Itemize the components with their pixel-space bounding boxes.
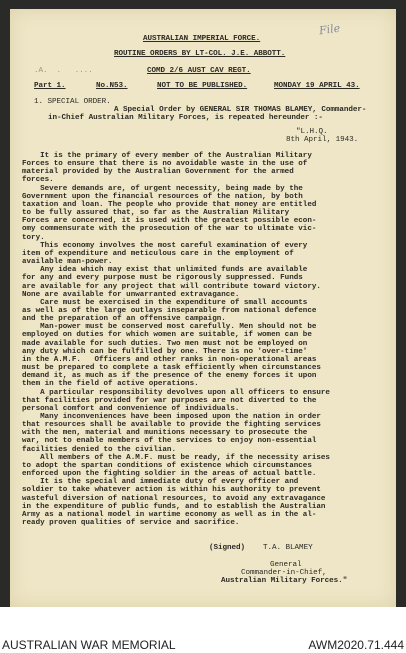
body-line: material provided by the Australian Gove… xyxy=(22,168,382,176)
body-line: tory. xyxy=(22,234,382,242)
body-line: must be prepared to complete a task effi… xyxy=(22,364,382,372)
body-line: A particular responsibility devolves upo… xyxy=(22,389,382,397)
body-line: available man-power. xyxy=(22,258,382,266)
body-line: taxation and loan. The people who provid… xyxy=(22,201,382,209)
document-subtitle: ROUTINE ORDERS BY LT-COL. J.E. ABBOTT. xyxy=(114,50,285,58)
body-line: are available for any project that will … xyxy=(22,283,382,291)
body-line: to adopt the spartan conditions of exist… xyxy=(22,462,382,470)
accession-number: AWM2020.71.444 xyxy=(308,638,404,652)
body-line: Army as a national model in wartime econ… xyxy=(22,511,382,519)
body-line: as well as of the large outlays insepara… xyxy=(22,307,382,315)
body-line: Many inconveniences have been imposed up… xyxy=(22,413,382,421)
institution-label: AUSTRALIAN WAR MEMORIAL xyxy=(2,638,176,652)
body-line: in the expenditure of public funds, and … xyxy=(22,503,382,511)
body-line: Any idea which may exist that unlimited … xyxy=(22,266,382,274)
body-line: that resources shall be available to pro… xyxy=(22,421,382,429)
hq-line: "L.H.Q. xyxy=(296,128,328,136)
body-line: and the preparation of an offensive camp… xyxy=(22,315,382,323)
body-line: Forces are concerned, it is used with th… xyxy=(22,217,382,225)
body-line: with the men, material and munitions nec… xyxy=(22,429,382,437)
body-line: ready proven qualities of service and sa… xyxy=(22,519,382,527)
section-heading: 1. SPECIAL ORDER. xyxy=(34,98,111,106)
signatory-title: Commander-in-Chief, xyxy=(241,569,327,577)
signed-label: (Signed) xyxy=(209,544,245,552)
body-line: Care must be exercised in the expenditur… xyxy=(22,299,382,307)
obscured-text: .A. . .... xyxy=(34,67,93,75)
body-line: demand it, as much as if the presence of… xyxy=(22,372,382,380)
body-line: in the A.M.F. Officers and other ranks i… xyxy=(22,356,382,364)
hq-date: 8th April, 1943. xyxy=(286,136,358,144)
body-line: made available for such duties. Two men … xyxy=(22,340,382,348)
part-number: Part 1. xyxy=(34,82,66,90)
body-line: All members of the A.M.F. must be ready,… xyxy=(22,454,382,462)
body-line: to be fully assured that, so far as the … xyxy=(22,209,382,217)
body-line: for any and every purpose must be rigoro… xyxy=(22,274,382,282)
body-line: enforced upon the fighting soldier in th… xyxy=(22,470,382,478)
body-line: It is the special and immediate duty of … xyxy=(22,478,382,486)
order-number: No.N53. xyxy=(96,82,128,90)
body-line: facilities denied to the civilian. xyxy=(22,446,382,454)
body-line: wasteful diversion of national resources… xyxy=(22,495,382,503)
command-line: COMD 2/6 AUST CAV REGT. xyxy=(147,67,251,75)
archive-footer: AUSTRALIAN WAR MEMORIAL AWM2020.71.444 xyxy=(0,607,406,653)
body-line: This economy involves the most careful e… xyxy=(22,242,382,250)
body-line: any duty which can be fulfilled by one. … xyxy=(22,348,382,356)
body-line: them in the field of active operations. xyxy=(22,380,382,388)
order-body: It is the primary of every member of the… xyxy=(22,152,382,527)
body-line: None are available for unwarranted extra… xyxy=(22,291,382,299)
body-line: that facilities provided for war purpose… xyxy=(22,397,382,405)
body-line: item of expenditure and meticulous care … xyxy=(22,250,382,258)
body-line: omy commensurate with the prosecution of… xyxy=(22,225,382,233)
body-line: war, not to enable members of the servic… xyxy=(22,437,382,445)
restriction-label: NOT TO BE PUBLISHED. xyxy=(157,82,247,90)
document-title: AUSTRALIAN IMPERIAL FORCE. xyxy=(143,35,260,43)
order-date: MONDAY 19 APRIL 43. xyxy=(274,82,360,90)
body-line: Man-power must be conserved most careful… xyxy=(22,323,382,331)
body-line: Government upon the financial resources … xyxy=(22,193,382,201)
body-line: It is the primary of every member of the… xyxy=(22,152,382,160)
signatory-organisation: Australian Military Forces." xyxy=(221,577,347,585)
body-line: employed on duties for which women are s… xyxy=(22,331,382,339)
body-line: Forces to ensure that there is no avoida… xyxy=(22,160,382,168)
body-line: Severe demands are, of urgent necessity,… xyxy=(22,185,382,193)
body-line: soldier to take whatever action is withi… xyxy=(22,486,382,494)
intro-line-1: A Special Order by GENERAL SIR THOMAS BL… xyxy=(114,106,366,114)
handwritten-note: File xyxy=(318,22,341,38)
signatory-rank: General xyxy=(270,561,302,569)
signed-name: T.A. BLAMEY xyxy=(263,544,313,552)
body-line: personal comfort and convenience of indi… xyxy=(22,405,382,413)
intro-line-2: in-Chief Australian Military Forces, is … xyxy=(48,114,323,122)
body-line: forces. xyxy=(22,176,382,184)
